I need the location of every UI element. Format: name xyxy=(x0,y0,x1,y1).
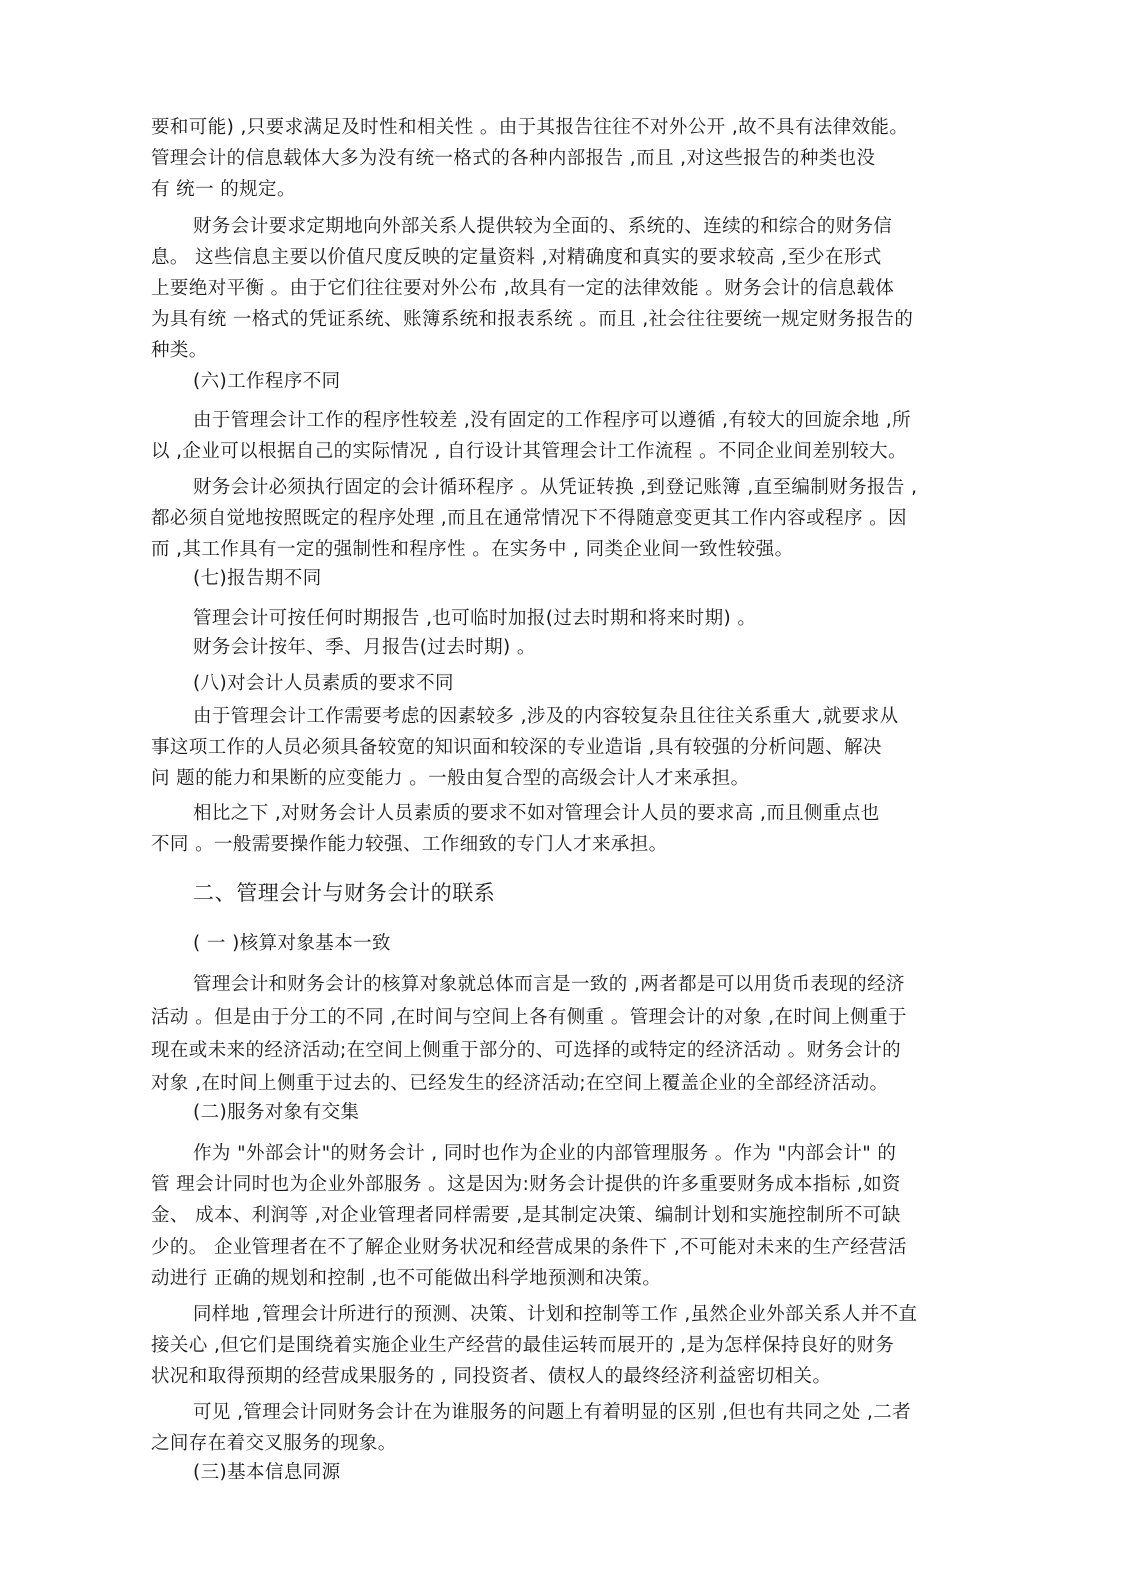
subsection-heading: (八)对会计人员素质的要求不同 xyxy=(193,672,454,696)
paragraph-line: 由于管理会计工作的程序性较差 ,没有固定的工作程序可以遵循 ,有较大的回旋余地 … xyxy=(193,409,911,433)
paragraph-line: 之间存在着交叉服务的现象。 xyxy=(151,1432,397,1456)
paragraph-line: 财务会计按年、季、月报告(过去时期) 。 xyxy=(193,636,536,660)
paragraph-line: 金、 成本、利润等 ,对企业管理者同样需要 ,是其制定决策、编制计划和实施控制所… xyxy=(151,1204,901,1228)
subsection-heading: (二)服务对象有交集 xyxy=(193,1101,359,1125)
paragraph-line: 息。 这些信息主要以价值尺度反映的定量资料 ,对精确度和真实的要求较高 ,至少在… xyxy=(151,246,882,270)
paragraph-line: 都必须自觉地按照既定的程序处理 ,而且在通常情况下不得随意变更其工作内容或程序 … xyxy=(151,507,907,531)
paragraph-line: 要和可能) ,只要求满足及时性和相关性 。由于其报告往往不对外公开 ,故不具有法… xyxy=(151,116,908,140)
section-heading: 二、管理会计与财务会计的联系 xyxy=(193,881,495,905)
paragraph-line: 现在或未来的经济活动;在空间上侧重于部分的、可选择的或特定的经济活动 。财务会计… xyxy=(151,1039,901,1063)
paragraph-line: 管理会计和财务会计的核算对象就总体而言是一致的 ,两者都是可以用货币表现的经济 xyxy=(193,973,905,997)
paragraph-line: 少的。 企业管理者在不了解企业财务状况和经营成果的条件下 ,不可能对未来的生产经… xyxy=(151,1236,907,1260)
paragraph-line: 问 题的能力和果断的应变能力 。一般由复合型的高级会计人才来承担。 xyxy=(151,767,749,791)
paragraph-line: 而 ,其工作具有一定的强制性和程序性 。在实务中 , 同类企业间一致性较强。 xyxy=(151,538,794,562)
paragraph-line: 上要绝对平衡 。由于它们往往要对外公布 ,故具有一定的法律效能 。财务会计的信息… xyxy=(151,277,894,301)
paragraph-line: 为具有统 一格式的凭证系统、账簿系统和报表系统 。而且 ,社会往往要统一规定财务… xyxy=(151,308,913,332)
paragraph-line: 以 ,企业可以根据自己的实际情况 , 自行设计其管理会计工作流程 。不同企业间差… xyxy=(151,440,907,464)
subsection-heading: (七)报告期不同 xyxy=(193,567,322,591)
paragraph-line: 种类。 xyxy=(151,339,208,363)
paragraph-line: 管理会计可按任何时期报告 ,也可临时加报(过去时期和将来时期) 。 xyxy=(193,607,756,631)
paragraph-line: 管 理会计同时也为企业外部服务 。这是因为:财务会计提供的许多重要财务成本指标 … xyxy=(151,1173,901,1197)
paragraph-line: 作为 "外部会计"的财务会计 , 同时也作为企业的内部管理服务 。作为 "内部会… xyxy=(193,1142,896,1166)
paragraph-line: 由于管理会计工作需要考虑的因素较多 ,涉及的内容较复杂且往往关系重大 ,就要求从 xyxy=(193,705,899,729)
subsection-heading: (三)基本信息同源 xyxy=(193,1461,341,1485)
paragraph-line: 可见 ,管理会计同财务会计在为谁服务的问题上有着明显的区别 ,但也有共同之处 ,… xyxy=(193,1401,911,1425)
paragraph-line: 动进行 正确的规划和控制 ,也不可能做出科学地预测和决策。 xyxy=(151,1267,661,1291)
document-page: 要和可能) ,只要求满足及时性和相关性 。由于其报告往往不对外公开 ,故不具有法… xyxy=(0,0,1128,1570)
paragraph-line: 活动 。但是由于分工的不同 ,在时间与空间上各有侧重 。管理会计的对象 ,在时间… xyxy=(151,1006,907,1030)
paragraph-line: 不同 。一般需要操作能力较强、工作细致的专门人才来承担。 xyxy=(151,833,668,857)
paragraph-line: 财务会计必须执行固定的会计循环程序 。从凭证转换 ,到登记账簿 ,直至编制财务报… xyxy=(193,476,917,500)
subsection-heading: (六)工作程序不同 xyxy=(193,370,341,394)
paragraph-line: 接关心 ,但它们是围绕着实施企业生产经营的最佳运转而展开的 ,是为怎样保持良好的… xyxy=(151,1334,894,1358)
paragraph-line: 管理会计的信息载体大多为没有统一格式的各种内部报告 ,而且 ,对这些报告的种类也… xyxy=(151,147,875,171)
paragraph-line: 财务会计要求定期地向外部关系人提供较为全面的、系统的、连续的和综合的财务信 xyxy=(193,215,892,239)
paragraph-line: 相比之下 ,对财务会计人员素质的要求不如对管理会计人员的要求高 ,而且侧重点也 xyxy=(193,802,880,826)
paragraph-line: 事这项工作的人员必须具备较宽的知识面和较深的专业造诣 ,具有较强的分析问题、解决 xyxy=(151,736,882,760)
paragraph-line: 对象 ,在时间上侧重于过去的、已经发生的经济活动;在空间上覆盖企业的全部经济活动… xyxy=(151,1072,888,1096)
paragraph-line: 状况和取得预期的经营成果服务的 , 同投资者、债权人的最终经济利益密切相关。 xyxy=(151,1365,831,1389)
subsection-heading: ( 一 )核算对象基本一致 xyxy=(193,932,391,956)
paragraph-line: 有 统一 的规定。 xyxy=(151,178,296,202)
paragraph-line: 同样地 ,管理会计所进行的预测、决策、计划和控制等工作 ,虽然企业外部关系人并不… xyxy=(193,1303,917,1327)
